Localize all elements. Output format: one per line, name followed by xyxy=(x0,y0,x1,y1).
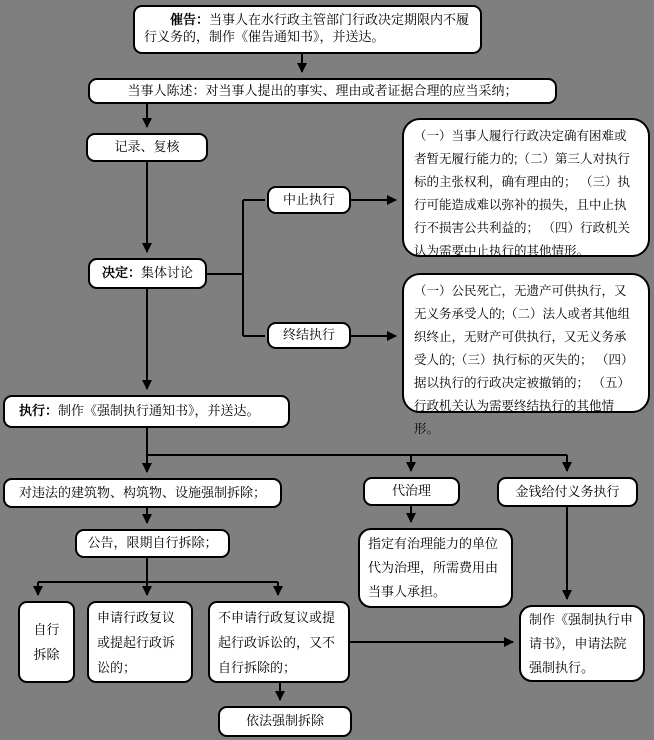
node-forced-demolition: 对违法的建筑物、构筑物、设施强制拆除； xyxy=(3,478,282,508)
node-terminate-conditions: （一）公民死亡，无遗产可供执行，又无义务承受人的;（二）法人或者其他组织终止，无… xyxy=(402,273,650,413)
node-lawful-demolition: 依法强制拆除 xyxy=(218,706,352,737)
node-court-application: 制作《强制执行申请书》，申请法院强制执行。 xyxy=(519,605,645,682)
node-announcement: 公告，限期自行拆除； xyxy=(75,529,230,558)
flowchart: 催告：当事人在水行政主管部门行政决定期限内不履行义务的，制作《催告通知书》，并送… xyxy=(0,0,654,740)
node-reminder: 催告：当事人在水行政主管部门行政决定期限内不履行义务的，制作《催告通知书》，并送… xyxy=(133,5,482,54)
node-monetary-obligation: 金钱给付义务执行 xyxy=(497,477,638,507)
node-execution-text: 制作《强制执行通知书》，并送达。 xyxy=(58,403,260,418)
node-execution: 执行：制作《强制执行通知书》，并送达。 xyxy=(3,395,290,428)
node-substitute-treatment: 代治理 xyxy=(363,477,460,506)
node-party-statement: 当事人陈述：对当事人提出的事实、理由或者证据合理的应当采纳； xyxy=(88,78,557,104)
node-reminder-keyword: 催告： xyxy=(170,12,209,27)
node-decision: 决定：集体讨论 xyxy=(88,258,207,289)
node-designate-unit: 指定有治理能力的单位代为治理，所需费用由当事人承担。 xyxy=(358,528,513,608)
node-apply-review: 申请行政复议或提起行政诉讼的； xyxy=(87,601,193,683)
node-suspend-conditions: （一）当事人履行行政决定确有困难或者暂无履行能力的;（二）第三人对执行标的主张权… xyxy=(402,118,650,257)
node-decision-keyword: 决定： xyxy=(102,265,141,280)
node-execution-keyword: 执行： xyxy=(19,403,58,418)
node-no-apply-review: 不申请行政复议或提起行政诉讼的，又不自行拆除的； xyxy=(208,601,350,683)
node-decision-text: 集体讨论 xyxy=(141,265,193,280)
node-self-demolition: 自行 拆除 xyxy=(18,601,75,683)
connector-decision-branch xyxy=(207,200,265,336)
node-terminate-execution: 终结执行 xyxy=(267,322,351,349)
node-suspend-execution: 中止执行 xyxy=(267,186,351,214)
connector-announcement-branch xyxy=(38,558,278,582)
node-record-review: 记录、复核 xyxy=(86,133,208,162)
